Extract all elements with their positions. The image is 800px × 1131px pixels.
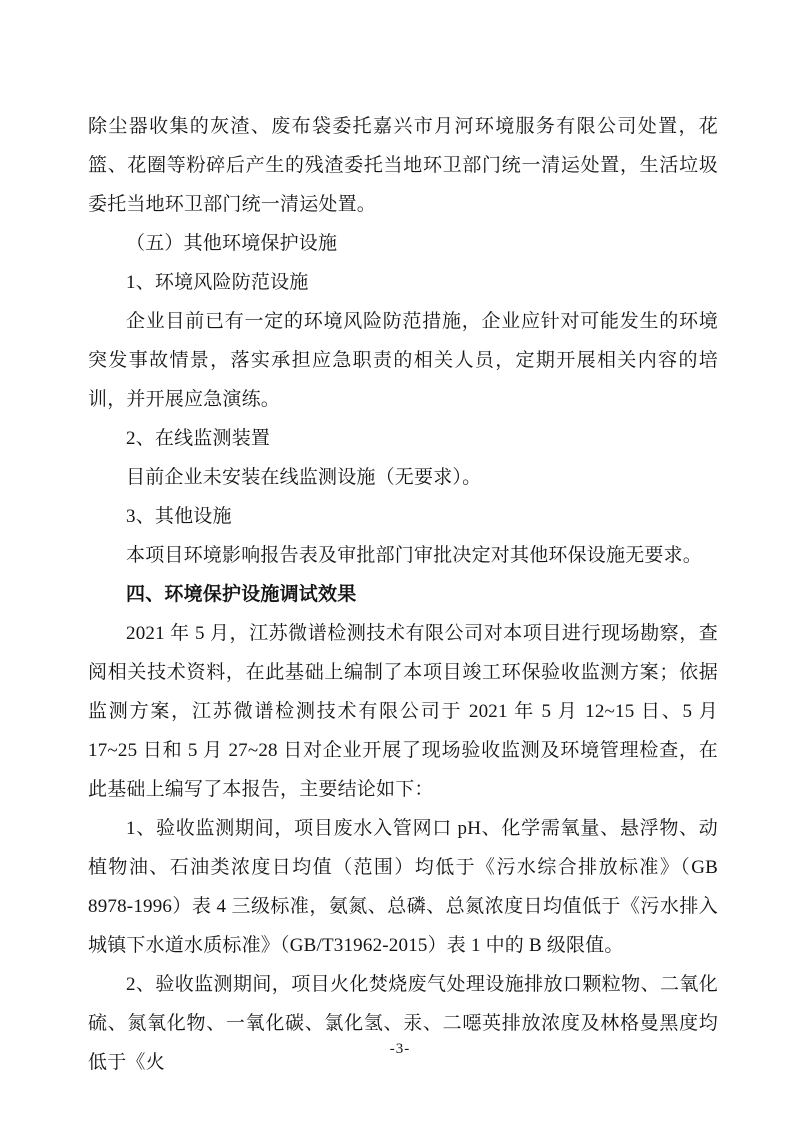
item-2-online-monitoring-device: 2、在线监测装置 <box>88 419 718 458</box>
paragraph-risk-prevention-measures: 企业目前已有一定的环境风险防范措施，企业应针对可能发生的环境突发事故情景，落实承… <box>88 302 718 419</box>
heading-section-4-facility-debugging-results: 四、环境保护设施调试效果 <box>88 575 718 614</box>
paragraph-conclusion-2-exhaust-gas: 2、验收监测期间，项目火化焚烧废气处理设施排放口颗粒物、二氧化硫、氮氧化物、一氧… <box>88 965 718 1082</box>
page-number: -3- <box>0 1040 800 1058</box>
paragraph-no-other-requirements: 本项目环境影响报告表及审批部门审批决定对其他环保设施无要求。 <box>88 536 718 575</box>
paragraph-no-online-monitoring: 目前企业未安装在线监测设施（无要求）。 <box>88 458 718 497</box>
paragraph-waste-disposal: 除尘器收集的灰渣、废布袋委托嘉兴市月河环境服务有限公司处置，花篮、花圈等粉碎后产… <box>88 107 718 224</box>
item-3-other-facilities: 3、其他设施 <box>88 497 718 536</box>
document-page: 除尘器收集的灰渣、废布袋委托嘉兴市月河环境服务有限公司处置，花篮、花圈等粉碎后产… <box>0 0 800 1131</box>
paragraph-conclusion-1-wastewater: 1、验收监测期间，项目废水入管网口 pH、化学需氧量、悬浮物、动植物油、石油类浓… <box>88 809 718 965</box>
document-body: 除尘器收集的灰渣、废布袋委托嘉兴市月河环境服务有限公司处置，花篮、花圈等粉碎后产… <box>88 107 718 1082</box>
paragraph-monitoring-plan-overview: 2021 年 5 月，江苏微谱检测技术有限公司对本项目进行现场勘察，查阅相关技术… <box>88 614 718 809</box>
heading-section-5-other-protection-facilities: （五）其他环境保护设施 <box>88 224 718 263</box>
item-1-risk-prevention-facilities: 1、环境风险防范设施 <box>88 263 718 302</box>
